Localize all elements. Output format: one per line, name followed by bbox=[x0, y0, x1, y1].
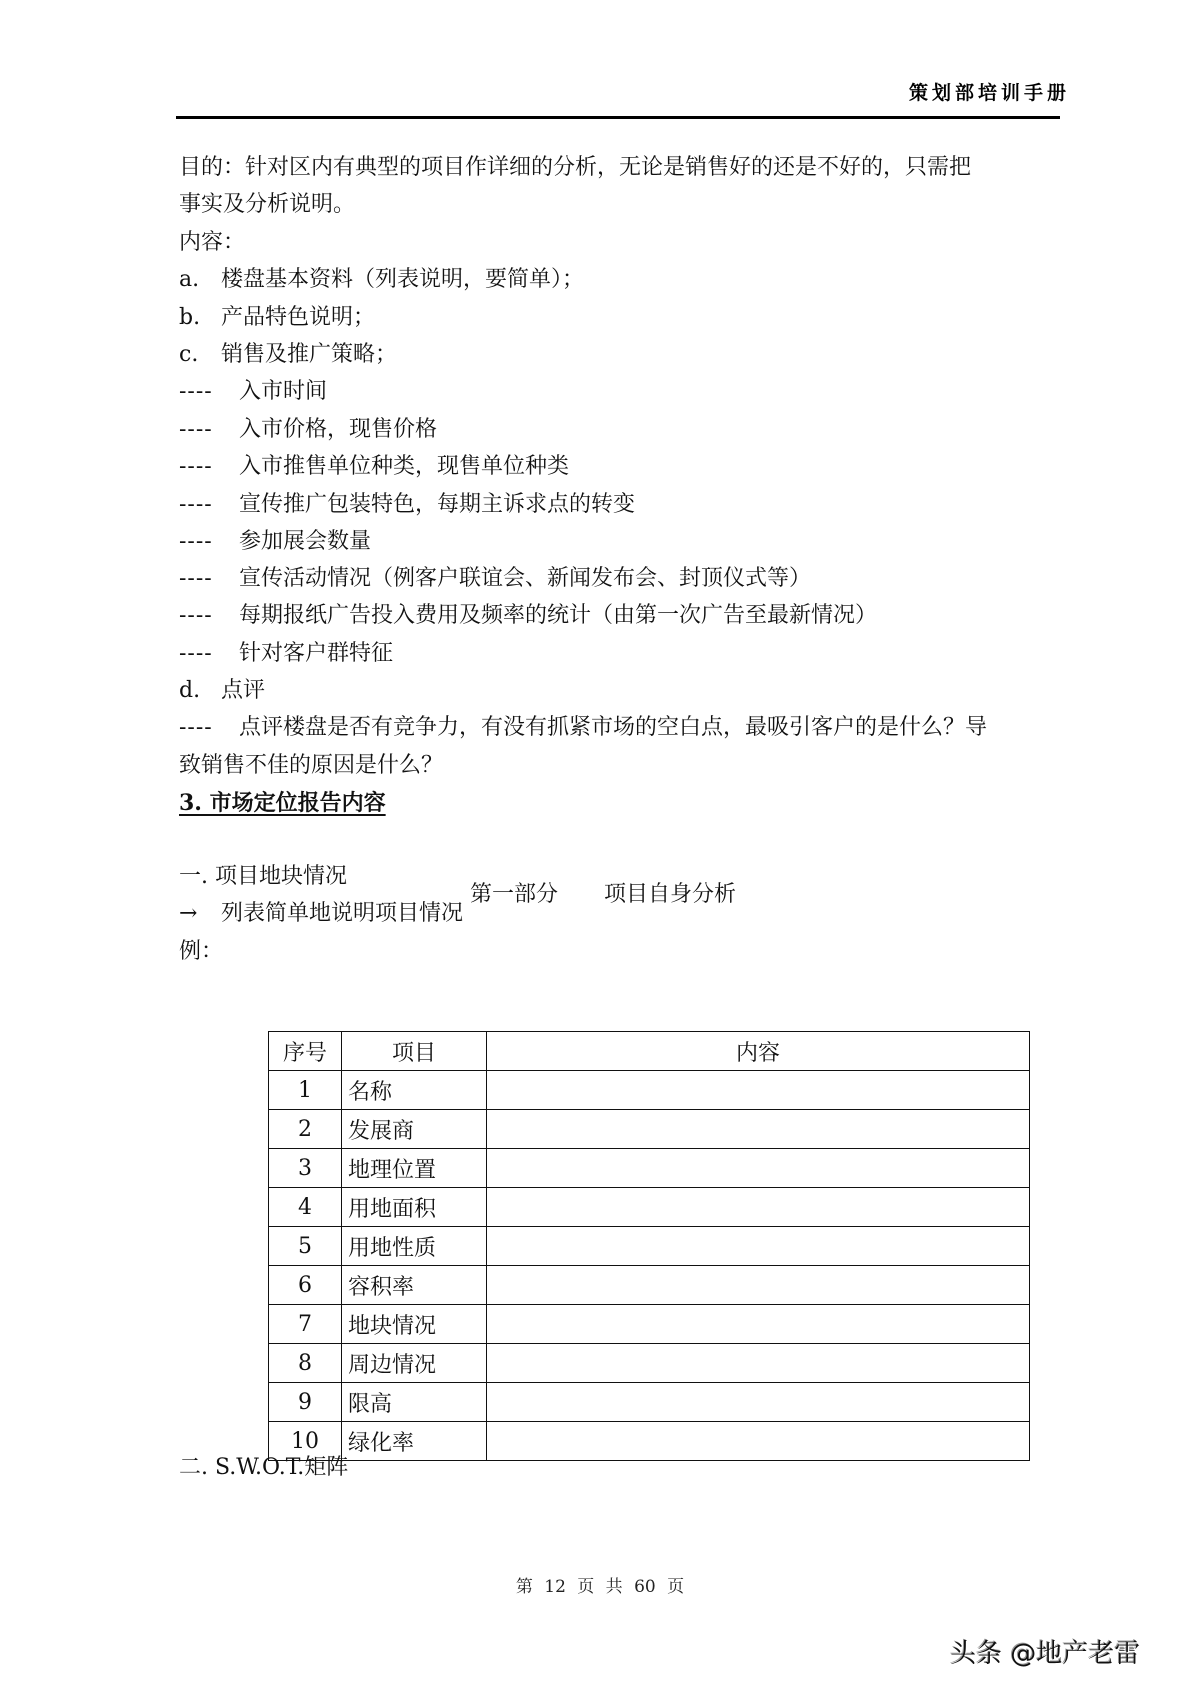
strategy-point-text: 宣传活动情况（例客户联谊会、新闻发布会、封顶仪式等） bbox=[239, 566, 811, 591]
row-content bbox=[487, 1266, 1030, 1305]
row-number: 7 bbox=[269, 1305, 342, 1344]
table-row: 3 地理位置 bbox=[269, 1149, 1030, 1188]
column-header-content: 内容 bbox=[487, 1032, 1030, 1071]
review-line-2: 致销售不佳的原因是什么？ bbox=[179, 751, 443, 781]
strategy-point-text: 入市时间 bbox=[239, 379, 327, 404]
row-number: 4 bbox=[269, 1188, 342, 1227]
list-item-c: c.销售及推广策略； bbox=[179, 340, 397, 370]
row-item: 地块情况 bbox=[342, 1305, 487, 1344]
table-row: 5 用地性质 bbox=[269, 1227, 1030, 1266]
part-title-left: 第一部分 bbox=[470, 882, 558, 907]
project-info-table: 序号 项目 内容 1 名称 2 发展商 3 地理位置 4 用地面积 5 用地性质… bbox=[268, 1031, 1030, 1461]
strategy-point-text: 入市价格，现售价格 bbox=[239, 417, 437, 442]
table-row: 4 用地面积 bbox=[269, 1188, 1030, 1227]
table-row: 6 容积率 bbox=[269, 1266, 1030, 1305]
section-heading: 3. 市场定位报告内容 bbox=[179, 788, 386, 818]
page-number-footer: 第 12 页 共 60 页 bbox=[0, 1572, 1200, 1597]
watermark: 头条 @地产老雷 bbox=[950, 1633, 1140, 1670]
row-number: 6 bbox=[269, 1266, 342, 1305]
review-text: 点评楼盘是否有竞争力，有没有抓紧市场的空白点，最吸引客户的是什么？导 bbox=[239, 715, 987, 740]
column-header-item: 项目 bbox=[342, 1032, 487, 1071]
row-content bbox=[487, 1227, 1030, 1266]
row-item: 发展商 bbox=[342, 1110, 487, 1149]
row-item: 用地性质 bbox=[342, 1227, 487, 1266]
strategy-point: ----入市价格，现售价格 bbox=[179, 415, 437, 445]
row-item: 容积率 bbox=[342, 1266, 487, 1305]
strategy-point: ----宣传活动情况（例客户联谊会、新闻发布会、封顶仪式等） bbox=[179, 564, 811, 594]
row-item: 限高 bbox=[342, 1383, 487, 1422]
content-label: 内容： bbox=[179, 228, 245, 258]
document-header-title: 策划部培训手册 bbox=[880, 78, 1070, 105]
row-content bbox=[487, 1149, 1030, 1188]
list-item-a: a.楼盘基本资料（列表说明，要简单）； bbox=[179, 265, 584, 295]
arrow-right-icon: → bbox=[179, 899, 221, 929]
arrow-line: →列表简单地说明项目情况 bbox=[179, 899, 463, 929]
list-item-label: c. bbox=[179, 340, 221, 370]
header-divider bbox=[176, 116, 1060, 119]
row-item: 用地面积 bbox=[342, 1188, 487, 1227]
list-item-b: b.产品特色说明； bbox=[179, 303, 375, 333]
dash-marker: ---- bbox=[179, 527, 239, 557]
strategy-point: ----每期报纸广告投入费用及频率的统计（由第一次广告至最新情况） bbox=[179, 601, 877, 631]
dash-marker: ---- bbox=[179, 377, 239, 407]
row-content bbox=[487, 1383, 1030, 1422]
arrow-line-text: 列表简单地说明项目情况 bbox=[221, 901, 463, 926]
column-header-number: 序号 bbox=[269, 1032, 342, 1071]
strategy-point: ----入市时间 bbox=[179, 377, 327, 407]
example-label: 例： bbox=[179, 937, 223, 967]
table-row: 10 绿化率 bbox=[269, 1422, 1030, 1461]
subsection-two-heading: 二. S.W.O.T.矩阵 bbox=[179, 1453, 348, 1483]
strategy-point: ----宣传推广包装特色，每期主诉求点的转变 bbox=[179, 490, 635, 520]
list-item-text: 点评 bbox=[221, 678, 265, 703]
strategy-point: ----针对客户群特征 bbox=[179, 639, 393, 669]
dash-marker: ---- bbox=[179, 490, 239, 520]
row-content bbox=[487, 1188, 1030, 1227]
list-item-text: 销售及推广策略； bbox=[221, 342, 397, 367]
purpose-line-1: 目的：针对区内有典型的项目作详细的分析，无论是销售好的还是不好的，只需把 bbox=[179, 153, 971, 183]
row-content bbox=[487, 1071, 1030, 1110]
purpose-line-2: 事实及分析说明。 bbox=[179, 190, 355, 220]
part-title-right: 项目自身分析 bbox=[604, 882, 736, 907]
row-item: 名称 bbox=[342, 1071, 487, 1110]
strategy-point-text: 宣传推广包装特色，每期主诉求点的转变 bbox=[239, 492, 635, 517]
strategy-point-text: 入市推售单位种类，现售单位种类 bbox=[239, 454, 569, 479]
table-row: 2 发展商 bbox=[269, 1110, 1030, 1149]
list-item-label: a. bbox=[179, 265, 221, 295]
row-item: 周边情况 bbox=[342, 1344, 487, 1383]
table-row: 8 周边情况 bbox=[269, 1344, 1030, 1383]
row-number: 1 bbox=[269, 1071, 342, 1110]
row-item: 地理位置 bbox=[342, 1149, 487, 1188]
list-item-text: 产品特色说明； bbox=[221, 305, 375, 330]
dash-marker: ---- bbox=[179, 415, 239, 445]
dash-marker: ---- bbox=[179, 452, 239, 482]
table-row: 9 限高 bbox=[269, 1383, 1030, 1422]
table-row: 1 名称 bbox=[269, 1071, 1030, 1110]
row-number: 8 bbox=[269, 1344, 342, 1383]
list-item-label: b. bbox=[179, 303, 221, 333]
subsection-one-heading: 一. 项目地块情况 bbox=[179, 862, 347, 892]
row-content bbox=[487, 1422, 1030, 1461]
strategy-point-text: 每期报纸广告投入费用及频率的统计（由第一次广告至最新情况） bbox=[239, 603, 877, 628]
row-content bbox=[487, 1110, 1030, 1149]
row-content bbox=[487, 1344, 1030, 1383]
dash-marker: ---- bbox=[179, 564, 239, 594]
row-number: 2 bbox=[269, 1110, 342, 1149]
table-row: 7 地块情况 bbox=[269, 1305, 1030, 1344]
strategy-point-text: 参加展会数量 bbox=[239, 529, 371, 554]
table-header-row: 序号 项目 内容 bbox=[269, 1032, 1030, 1071]
row-number: 3 bbox=[269, 1149, 342, 1188]
list-item-text: 楼盘基本资料（列表说明，要简单）； bbox=[221, 267, 584, 292]
dash-marker: ---- bbox=[179, 713, 239, 743]
review-line-1: ----点评楼盘是否有竞争力，有没有抓紧市场的空白点，最吸引客户的是什么？导 bbox=[179, 713, 987, 743]
part-title: 第一部分项目自身分析 bbox=[470, 880, 736, 910]
row-number: 9 bbox=[269, 1383, 342, 1422]
dash-marker: ---- bbox=[179, 639, 239, 669]
row-item: 绿化率 bbox=[342, 1422, 487, 1461]
dash-marker: ---- bbox=[179, 601, 239, 631]
strategy-point: ----参加展会数量 bbox=[179, 527, 371, 557]
list-item-d: d.点评 bbox=[179, 676, 265, 706]
row-content bbox=[487, 1305, 1030, 1344]
row-number: 5 bbox=[269, 1227, 342, 1266]
list-item-label: d. bbox=[179, 676, 221, 706]
strategy-point-text: 针对客户群特征 bbox=[239, 641, 393, 666]
strategy-point: ----入市推售单位种类，现售单位种类 bbox=[179, 452, 569, 482]
